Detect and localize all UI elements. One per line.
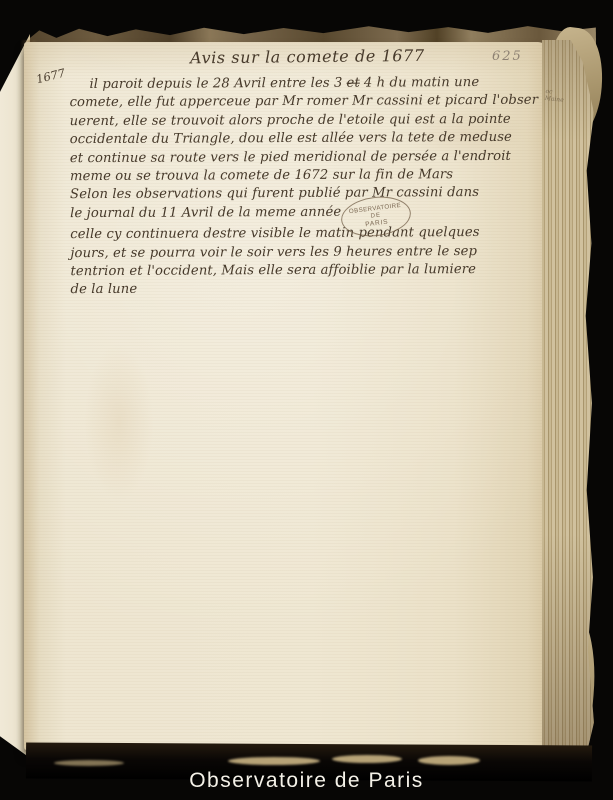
paragraph-2: celle cy continuera destre visible le ma… xyxy=(70,224,514,300)
struck-word: et xyxy=(346,76,359,91)
manuscript-scan: Avis sur la comete de 1677 625 1677 il p… xyxy=(0,0,613,800)
manuscript-page: Avis sur la comete de 1677 625 1677 il p… xyxy=(24,42,548,750)
text-line: uerent, elle se trouvoit alors proche de… xyxy=(70,111,514,132)
text-line: meme ou se trouva la comete de 1672 sur … xyxy=(70,166,514,187)
text-segment: 4 h du matin une xyxy=(364,75,479,91)
text-line: comete, elle fut apperceue par Mr romer … xyxy=(70,92,514,113)
manuscript-text: il paroit depuis le 28 Avril entre les 3… xyxy=(69,74,514,300)
fore-edge-page-stack: oc Maine xyxy=(542,40,594,766)
text-line: jours, et se pourra voir le soir vers le… xyxy=(70,242,514,263)
text-line: de la lune xyxy=(70,279,514,300)
text-line: celle cy continuera destre visible le ma… xyxy=(70,224,514,245)
paper-stain xyxy=(84,342,154,502)
stamp-text: PARIS xyxy=(365,219,389,229)
text-segment: il paroit depuis le 28 Avril entre les 3 xyxy=(89,76,342,92)
page-edge-glint xyxy=(228,757,320,765)
page-edge-glint xyxy=(332,755,402,763)
fore-edge-note-line: Maine xyxy=(544,95,564,104)
page-number: 625 xyxy=(492,49,523,64)
text-line: occidentale du Triangle, dou elle est al… xyxy=(70,129,514,150)
page-heading: Avis sur la comete de 1677 xyxy=(190,46,450,68)
text-line: il paroit depuis le 28 Avril entre les 3… xyxy=(69,74,513,95)
page-edge-glint xyxy=(54,760,124,766)
text-line: et continue sa route vers le pied meridi… xyxy=(70,147,514,168)
paragraph-1: il paroit depuis le 28 Avril entre les 3… xyxy=(69,74,514,224)
fore-edge-inscription: oc Maine xyxy=(544,88,585,106)
page-edge-glint xyxy=(418,756,480,765)
photo-caption: Observatoire de Paris xyxy=(0,769,613,793)
text-line: tentrion et l'occident, Mais elle sera a… xyxy=(70,261,514,282)
text-line: le journal du 11 Avril de la meme année xyxy=(70,203,514,224)
margin-year: 1677 xyxy=(35,66,67,87)
text-line: Selon les observations qui furent publié… xyxy=(70,184,514,205)
